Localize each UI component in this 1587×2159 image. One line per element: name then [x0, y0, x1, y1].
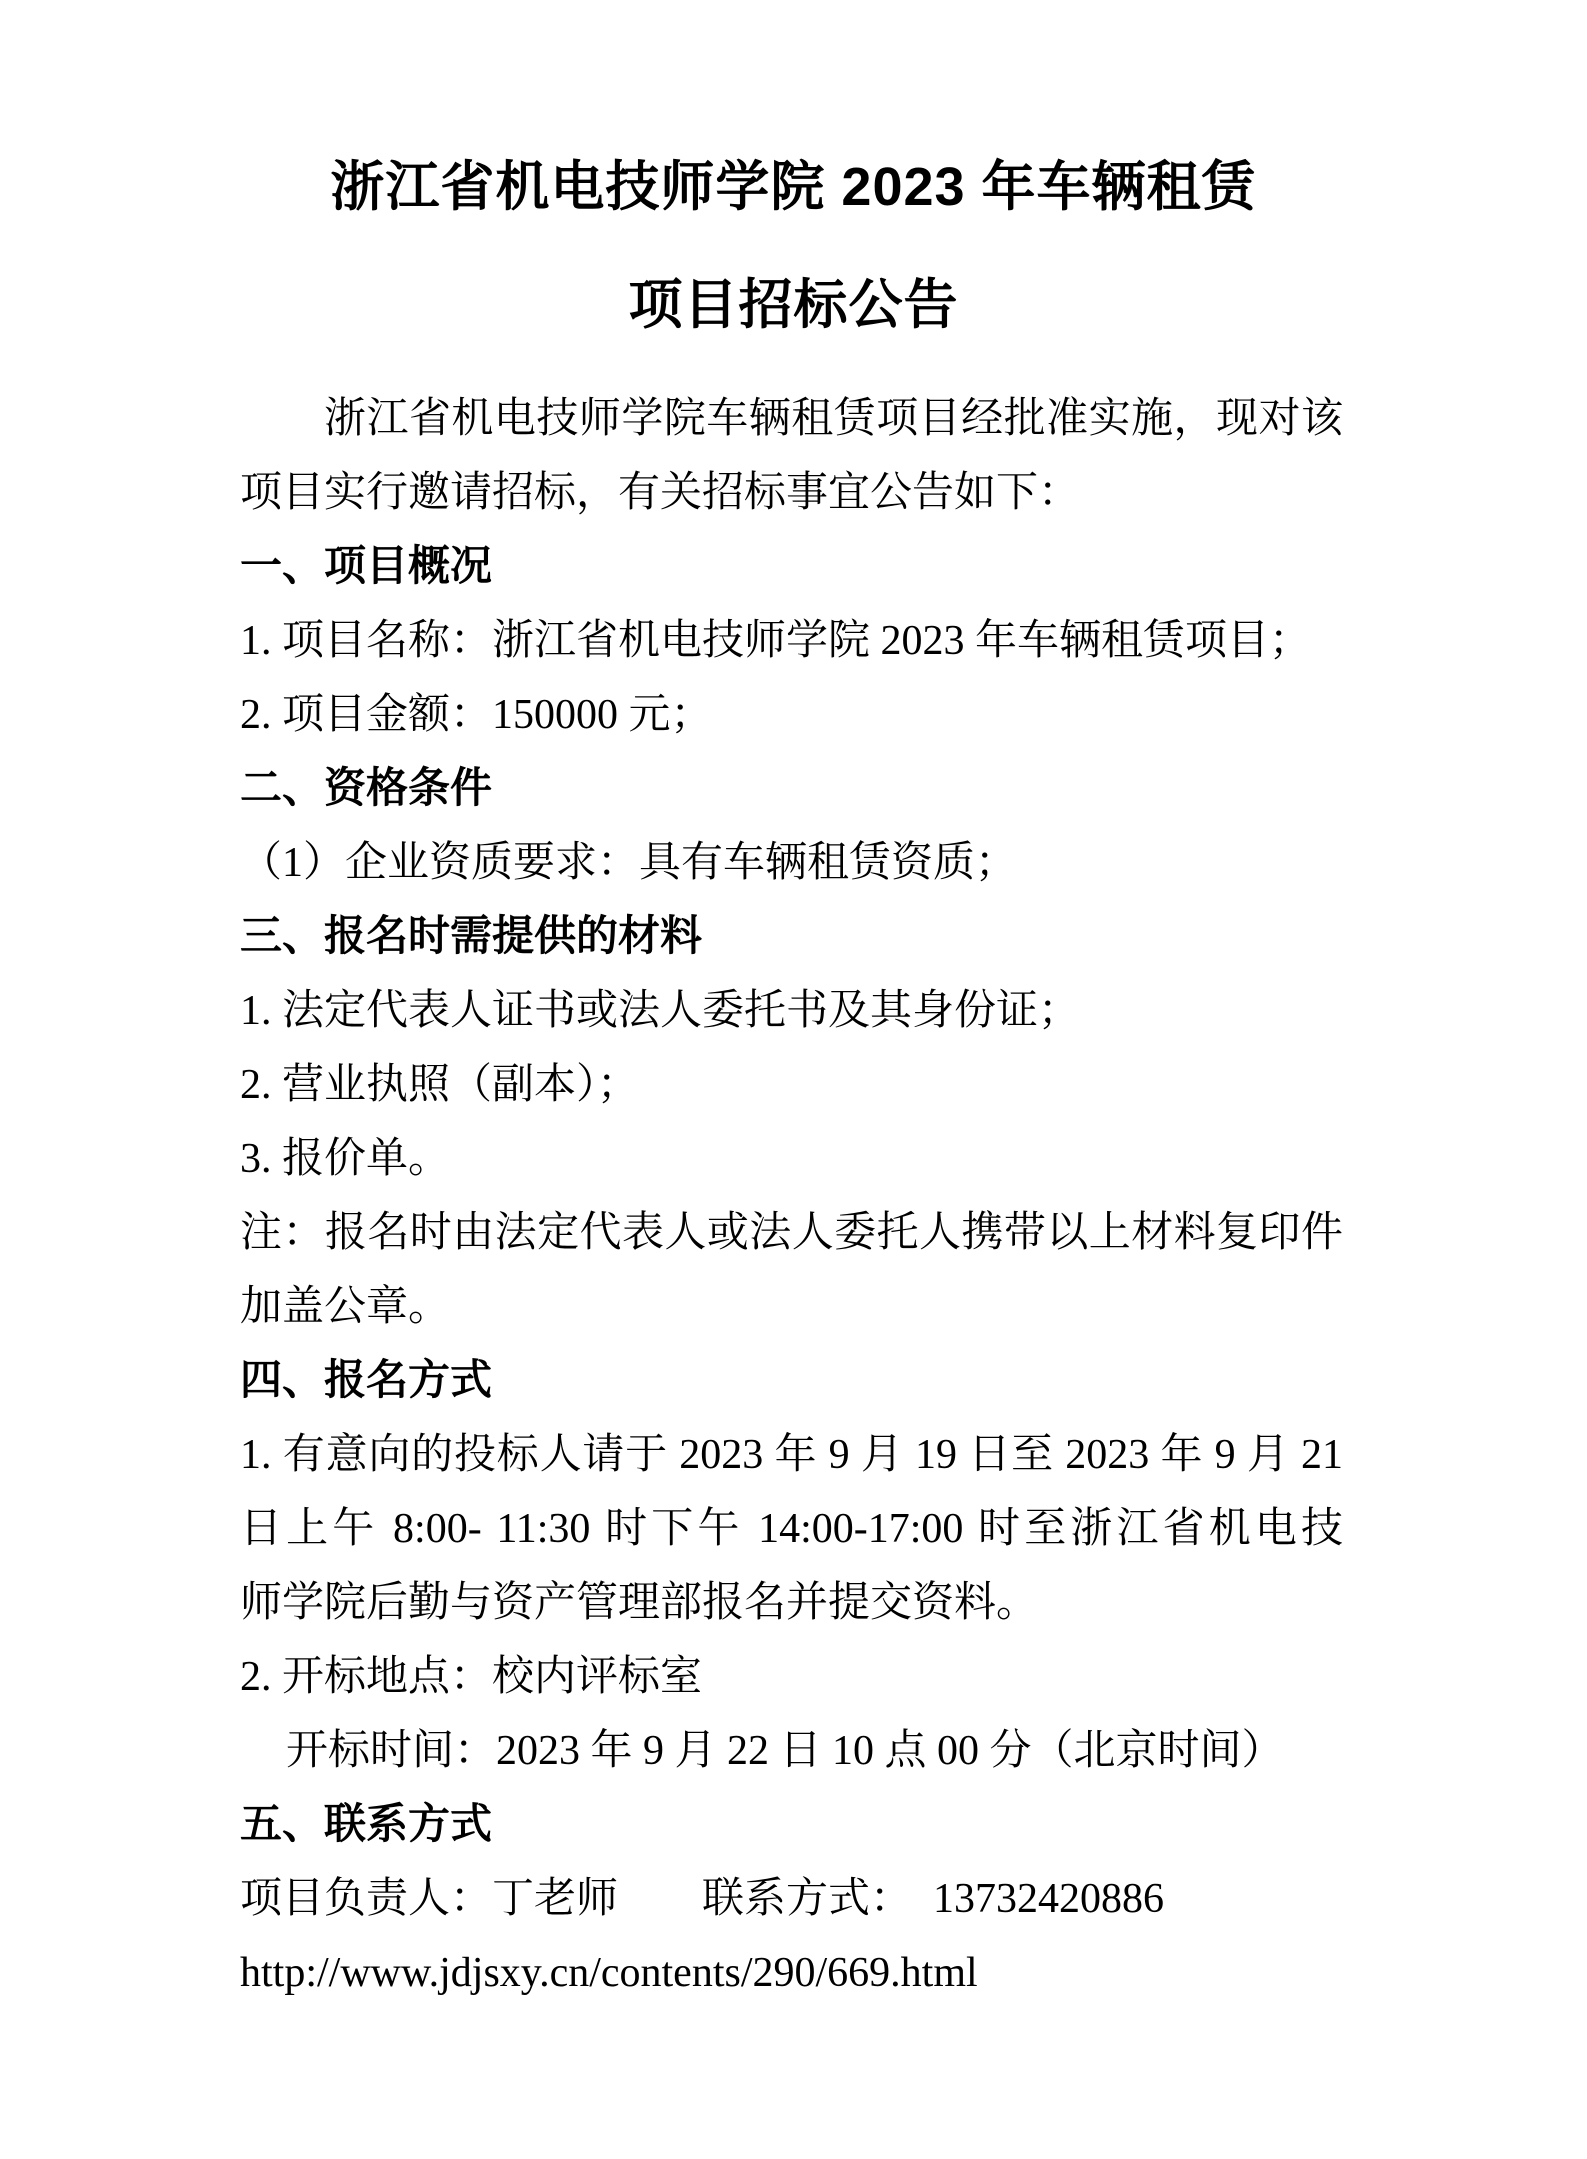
section-heading: 一、项目概况 [240, 530, 1343, 604]
document-line: 注：报名时由法定代表人或法人委托人携带以上材料复印件 [240, 1196, 1343, 1270]
document-body: 浙江省机电技师学院车辆租赁项目经批准实施，现对该项目实行邀请招标，有关招标事宜公… [0, 382, 1587, 2010]
document-line: 1. 法定代表人证书或法人委托书及其身份证； [240, 974, 1343, 1048]
section-heading: 五、联系方式 [240, 1788, 1343, 1862]
document-line: 1. 项目名称：浙江省机电技师学院 2023 年车辆租赁项目； [240, 604, 1343, 678]
document-line: 2. 营业执照（副本）； [240, 1048, 1343, 1122]
document-line: 项目负责人：丁老师 联系方式： 13732420886 [240, 1862, 1343, 1936]
document-line: 浙江省机电技师学院车辆租赁项目经批准实施，现对该 [240, 382, 1343, 456]
section-heading: 四、报名方式 [240, 1344, 1343, 1418]
document-line: 项目实行邀请招标，有关招标事宜公告如下： [240, 456, 1343, 530]
title-line: 浙江省机电技师学院 2023 年车辆租赁 [0, 128, 1587, 246]
document-line: 3. 报价单。 [240, 1122, 1343, 1196]
document-line: 开标时间：2023 年 9 月 22 日 10 点 00 分（北京时间） [240, 1714, 1343, 1788]
document-line: 2. 项目金额：150000 元； [240, 678, 1343, 752]
document-title: 浙江省机电技师学院 2023 年车辆租赁项目招标公告 [0, 0, 1587, 364]
document-line: 加盖公章。 [240, 1270, 1343, 1344]
document-line: http://www.jdjsxy.cn/contents/290/669.ht… [240, 1936, 1343, 2010]
document-line: 日上午 8:00- 11:30 时下午 14:00-17:00 时至浙江省机电技 [240, 1492, 1343, 1566]
document-line: 1. 有意向的投标人请于 2023 年 9 月 19 日至 2023 年 9 月… [240, 1418, 1343, 1492]
document-page: 浙江省机电技师学院 2023 年车辆租赁项目招标公告 浙江省机电技师学院车辆租赁… [0, 0, 1587, 2159]
title-line: 项目招标公告 [0, 246, 1587, 364]
section-heading: 二、资格条件 [240, 752, 1343, 826]
document-line: 师学院后勤与资产管理部报名并提交资料。 [240, 1566, 1343, 1640]
document-line: （1）企业资质要求：具有车辆租赁资质； [240, 826, 1343, 900]
section-heading: 三、报名时需提供的材料 [240, 900, 1343, 974]
document-line: 2. 开标地点：校内评标室 [240, 1640, 1343, 1714]
